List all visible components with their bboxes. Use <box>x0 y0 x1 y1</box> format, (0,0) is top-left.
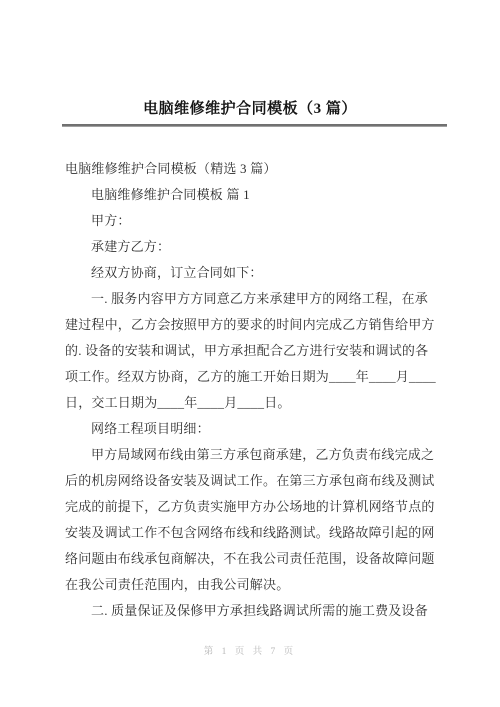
text-line: 建过程中，乙方会按照甲方的要求的时间内完成乙方销售给甲方 <box>65 312 434 338</box>
text-line: 甲方局域网布线由第三方承包商承建，乙方负责布线完成之 <box>65 442 434 468</box>
text-line: 一. 服务内容甲方方同意乙方来承建甲方的网络工程，在承 <box>65 286 434 312</box>
document-title: 电脑维修维护合同模板（3 篇） <box>0 100 500 118</box>
document-page: 电脑维修维护合同模板（3 篇） 电脑维修维护合同模板（精选 3 篇）电脑维修维护… <box>0 0 500 707</box>
page-number-indicator: 第 1 页 共 7 页 <box>204 647 296 657</box>
page-footer: 第 1 页 共 7 页 <box>0 641 500 659</box>
text-line: 后的机房网络设备安装及调试工作。在第三方承包商布线及测试 <box>65 468 434 494</box>
title-divider <box>62 124 447 127</box>
text-line: 网络工程项目明细： <box>65 416 434 442</box>
text-line: 承建方乙方： <box>65 234 434 260</box>
text-line: 在我公司责任范围内，由我公司解决。 <box>65 572 434 598</box>
text-line: 经双方协商，订立合同如下： <box>65 260 434 286</box>
text-line: 完成的前提下，乙方负责实施甲方办公场地的计算机网络节点的 <box>65 494 434 520</box>
text-line: 电脑维修维护合同模板（精选 3 篇） <box>65 156 434 182</box>
text-line: 项工作。经双方协商，乙方的施工开始日期为____年____月____ <box>65 364 434 390</box>
text-line: 二. 质量保证及保修甲方承担线路调试所需的施工费及设备 <box>65 598 434 624</box>
text-line: 日，交工日期为____年____月____日。 <box>65 390 434 416</box>
text-line: 甲方： <box>65 208 434 234</box>
document-body: 电脑维修维护合同模板（精选 3 篇）电脑维修维护合同模板 篇 1甲方：承建方乙方… <box>65 156 434 624</box>
text-line: 的. 设备的安装和调试，甲方承担配合乙方进行安装和调试的各 <box>65 338 434 364</box>
text-line: 络问题由布线承包商解决，不在我公司责任范围，设备故障问题 <box>65 546 434 572</box>
text-line: 电脑维修维护合同模板 篇 1 <box>65 182 434 208</box>
text-line: 安装及调试工作不包含网络布线和线路测试。线路故障引起的网 <box>65 520 434 546</box>
